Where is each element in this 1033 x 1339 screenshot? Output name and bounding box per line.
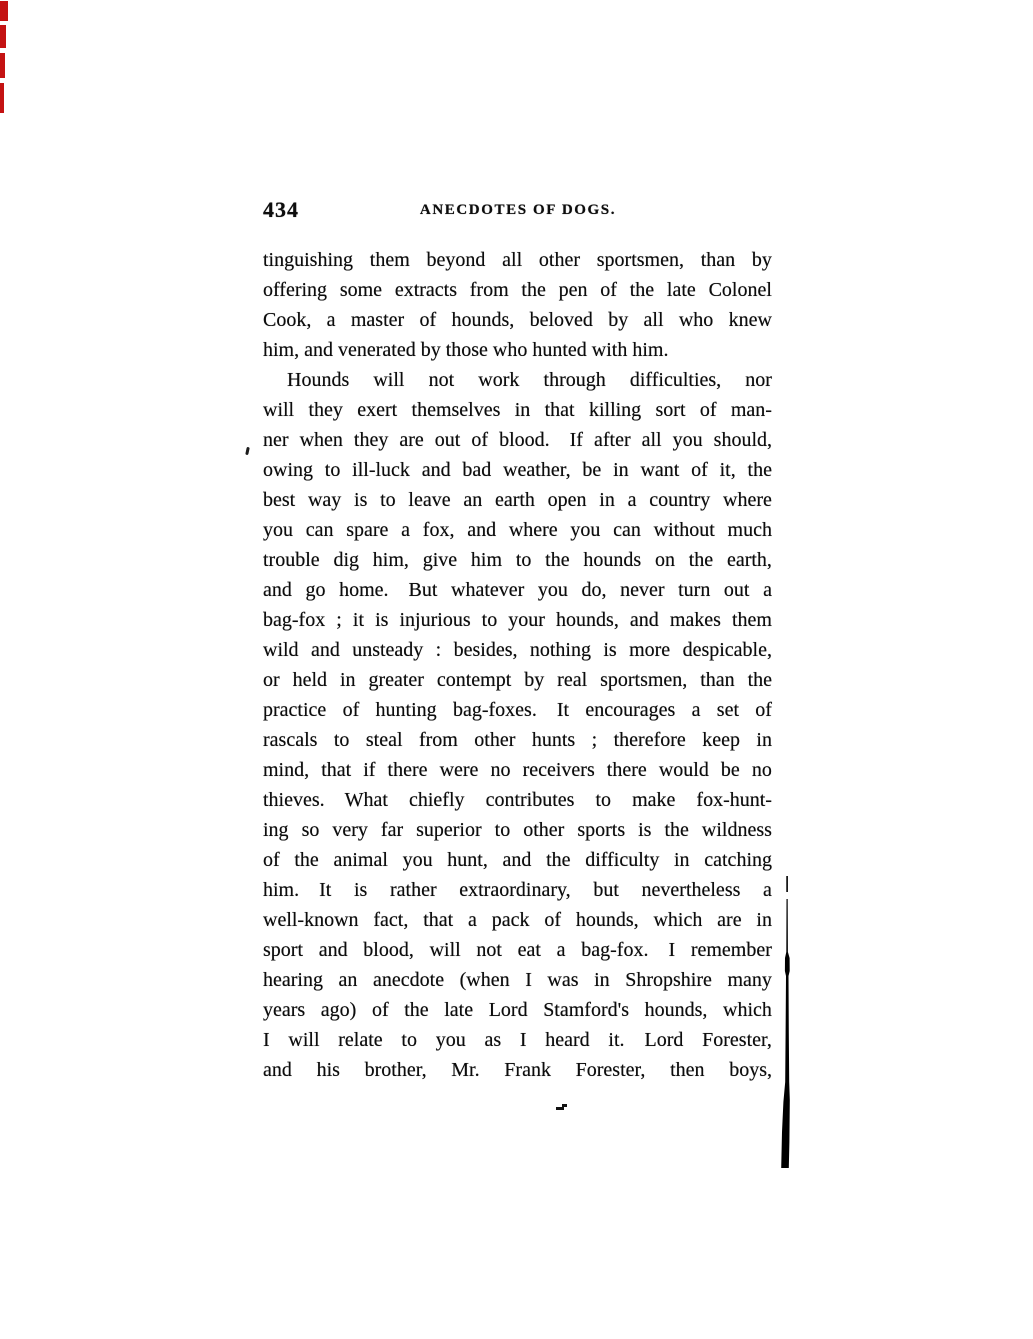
text-line: yearsago)ofthelateLordStamford'shounds,w… <box>263 995 772 1025</box>
text-line: mind,thatiftherewerenoreceiverstherewoul… <box>263 755 772 785</box>
page-text: tinguishingthembeyondallothersportsmen,t… <box>263 245 772 1085</box>
text-line: owingtoill-luckandbadweather,beinwantofi… <box>263 455 772 485</box>
text-line: willtheyexertthemselvesinthatkillingsort… <box>263 395 772 425</box>
text-line: troubledighim,givehimtothehoundsontheear… <box>263 545 772 575</box>
text-line: andgohome. Butwhateveryoudo,neverturnout… <box>263 575 772 605</box>
text-line: him. Itisratherextraordinary,butneverthe… <box>263 875 772 905</box>
ink-streak <box>779 872 793 1172</box>
text-line: IwillrelatetoyouasIheardit. LordForester… <box>263 1025 772 1055</box>
running-header: ANECDOTES OF DOGS. <box>264 202 772 219</box>
text-line: orheldingreatercontemptbyrealsportsmen,t… <box>263 665 772 695</box>
text-line: nerwhentheyareoutofblood. Ifafterallyous… <box>263 425 772 455</box>
ink-dash <box>556 1107 564 1110</box>
text-line: Cook,amasterofhounds,belovedbyallwhoknew <box>263 305 772 335</box>
text-line: oftheanimalyouhunt,andthedifficultyincat… <box>263 845 772 875</box>
text-line: sportandblood,willnoteatabag-fox. Iremem… <box>263 935 772 965</box>
text-line: bag-fox;itisinjurioustoyourhounds,andmak… <box>263 605 772 635</box>
text-line: andhisbrother,Mr.FrankForester,thenboys, <box>263 1055 772 1085</box>
text-line: ingsoveryfarsuperiortoothersportsisthewi… <box>263 815 772 845</box>
text-line: him, and venerated by those who hunted w… <box>263 335 772 365</box>
red-edge-mark <box>0 83 4 113</box>
text-line: thieves. Whatchieflycontributestomakefox… <box>263 785 772 815</box>
ink-dash <box>562 1104 567 1107</box>
text-line: offeringsomeextractsfromthepenofthelateC… <box>263 275 772 305</box>
text-line: Houndswillnotworkthroughdifficulties,nor <box>263 365 772 395</box>
ink-speck <box>245 447 250 455</box>
text-line: hearingananecdote(whenIwasinShropshirema… <box>263 965 772 995</box>
scanned-page: 434 ANECDOTES OF DOGS. tinguishingthembe… <box>0 0 1033 1339</box>
red-edge-mark <box>0 25 6 48</box>
text-line: bestwayistoleaveanearthopeninacountrywhe… <box>263 485 772 515</box>
text-line: tinguishingthembeyondallothersportsmen,t… <box>263 245 772 275</box>
red-edge-mark <box>0 1 8 21</box>
text-line: wildandunsteady:besides,nothingismoredes… <box>263 635 772 665</box>
text-line: well-knownfact,thatapackofhounds,whichar… <box>263 905 772 935</box>
text-line: youcanspareafox,andwhereyoucanwithoutmuc… <box>263 515 772 545</box>
text-line: practiceofhuntingbag-foxes. Itencourages… <box>263 695 772 725</box>
text-line: rascalstostealfromotherhunts;thereforeke… <box>263 725 772 755</box>
red-edge-mark <box>0 53 5 78</box>
